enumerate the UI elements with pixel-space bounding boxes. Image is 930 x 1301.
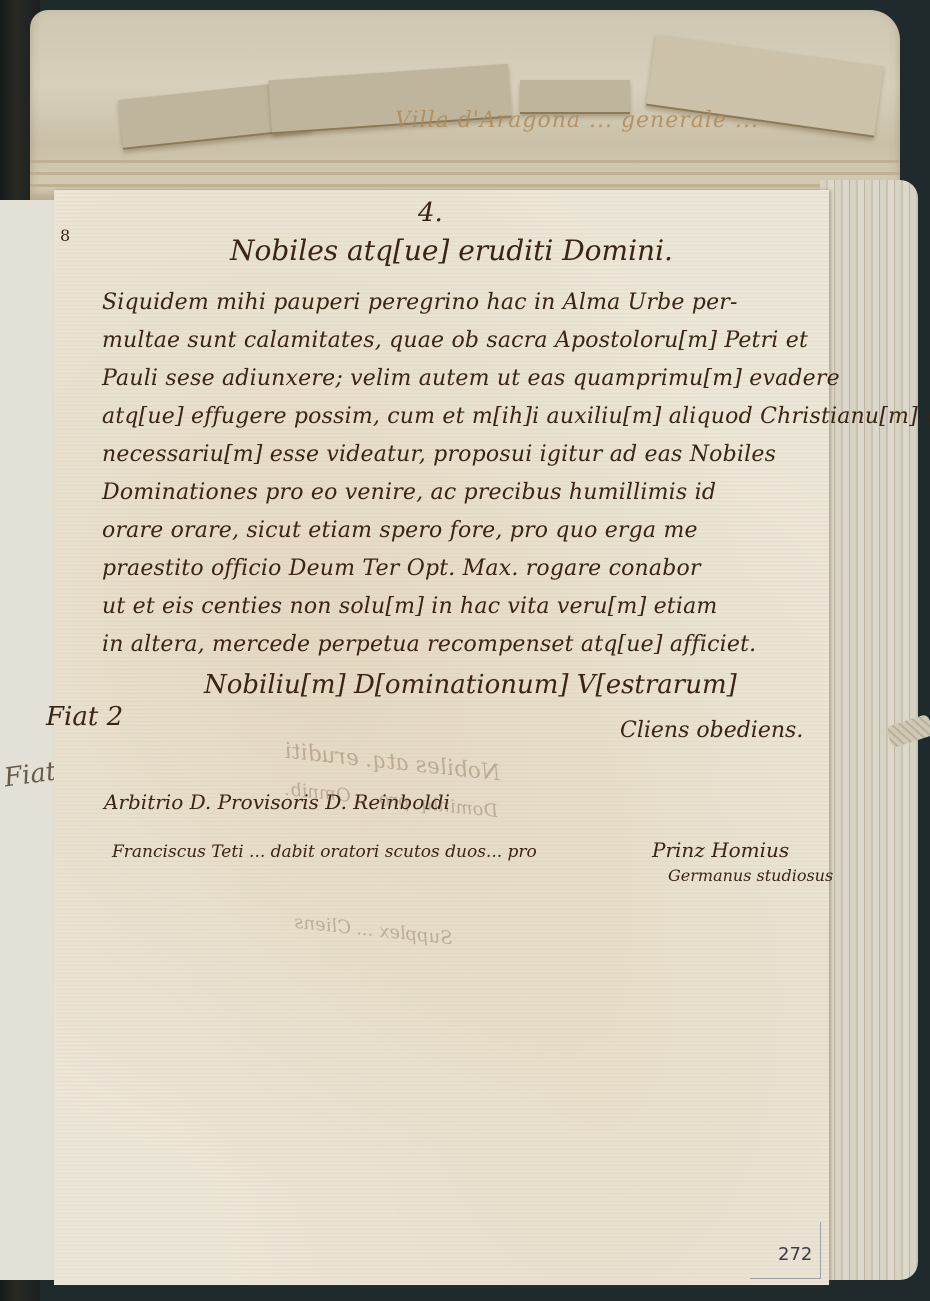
body-line: praestito officio Deum Ter Opt. Max. rog… [102,556,701,581]
signature-title: Germanus studiosus [668,866,833,885]
body-line: atq[ue] effugere possim, cum et m[ih]i a… [102,404,930,429]
endorsement-line: Franciscus Teti ... dabit oratori scutos… [112,842,537,862]
left-facing-sheet: Fiat [0,200,55,1280]
header-mark: 4. [418,198,443,228]
bundle-stack-top: Villa d'Aragona ... generale ... [30,10,900,200]
body-line: ut et eis centies non solu[m] in hac vit… [102,594,717,619]
margin-note: Fiat 2 [46,702,123,732]
body-line: in altera, mercede perpetua recompenset … [102,632,756,657]
body-line: orare orare, sicut etiam spero fore, pro… [102,518,698,543]
archive-number: 272 [778,1244,812,1265]
page-layer [30,184,900,187]
body-line: Dominationes pro eo venire, ac precibus … [102,480,716,505]
bundle-inscription: Villa d'Aragona ... generale ... [395,108,759,133]
body-line: necessariu[m] esse videatur, proposui ig… [102,442,776,467]
body-line: Siquidem mihi pauperi peregrino hac in A… [102,290,738,315]
salutation: Nobiles atq[ue] eruditi Domini. [230,234,673,267]
ink-offset-ghost: Supplex ... Cliens [293,912,453,949]
body-line: multae sunt calamitates, quae ob sacra A… [102,328,808,353]
signature: Prinz Homius [652,838,789,862]
page-layer [30,172,900,175]
body-line: Pauli sese adiunxere; velim autem ut eas… [102,366,840,391]
manuscript-page: 8 4. Nobiles atq[ue] eruditi Domini. Siq… [54,190,829,1285]
left-sheet-note: Fiat [2,757,58,794]
closing: Nobiliu[m] D[ominationum] V[estrarum] [204,670,737,700]
page-layer [30,160,900,163]
folio-mark: 8 [60,226,70,245]
closing-subscription: Cliens obediens. [620,718,803,743]
ink-offset-ghost: Nobiles atq. eruditi [283,739,501,787]
endorsement-line: Arbitrio D. Provisoris D. Reinboldi [104,790,450,814]
